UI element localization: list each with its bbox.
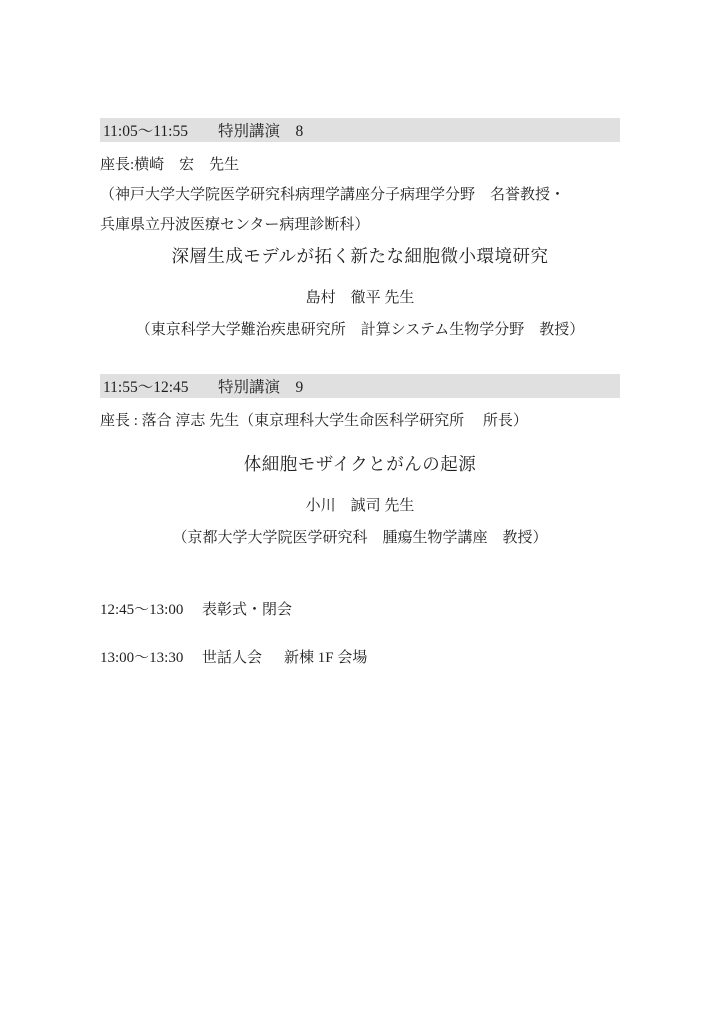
- speaker-affiliation: （京都大学大学院医学研究科 腫瘍生物学講座 教授）: [100, 526, 620, 550]
- schedule-time: 13:00～13:30: [100, 648, 202, 668]
- schedule-time: 12:45～13:00: [100, 600, 202, 620]
- chair-affiliation-line: （神戸大学大学院医学研究科病理学講座分子病理学分野 名誉教授・: [100, 180, 620, 210]
- schedule-row-closing: 12:45～13:00表彰式・閉会: [100, 600, 620, 620]
- session-block-9: 11:55～12:45 特別講演 9 座長 : 落合 淳志 先生（東京理科大学生…: [100, 374, 620, 550]
- chair-affiliation-line: 兵庫県立丹波医療センター病理診断科）: [100, 210, 620, 240]
- schedule-row-meeting: 13:00～13:30世話人会新棟 1F 会場: [100, 648, 620, 668]
- schedule-label: 表彰式・閉会: [202, 602, 292, 618]
- session-type-label: 特別講演 9: [218, 375, 303, 397]
- session-header-8: 11:05～11:55 特別講演 8: [100, 118, 620, 142]
- program-page: 11:05～11:55 特別講演 8 座長:横崎 宏 先生 （神戸大学大学院医学…: [0, 0, 724, 1024]
- session-time: 11:55～12:45: [103, 375, 218, 397]
- session-type-label: 特別講演 8: [218, 119, 303, 141]
- schedule-label: 世話人会: [202, 650, 262, 666]
- speaker-name: 小川 誠司 先生: [100, 494, 620, 518]
- lecture-title: 深層生成モデルが拓く新たな細胞微小環境研究: [100, 244, 620, 268]
- session-block-8: 11:05～11:55 特別講演 8 座長:横崎 宏 先生 （神戸大学大学院医学…: [100, 118, 620, 342]
- chair-name-line: 座長 : 落合 淳志 先生（東京理科大学生命医科学研究所 所長）: [100, 406, 620, 436]
- speaker-name: 島村 徹平 先生: [100, 286, 620, 310]
- schedule-location: 新棟 1F 会場: [284, 650, 367, 666]
- chair-info-9: 座長 : 落合 淳志 先生（東京理科大学生命医科学研究所 所長）: [100, 406, 620, 436]
- program-content: 11:05～11:55 特別講演 8 座長:横崎 宏 先生 （神戸大学大学院医学…: [100, 0, 620, 668]
- speaker-affiliation: （東京科学大学難治疾患研究所 計算システム生物学分野 教授）: [100, 318, 620, 342]
- chair-info-8: 座長:横崎 宏 先生 （神戸大学大学院医学研究科病理学講座分子病理学分野 名誉教…: [100, 150, 620, 240]
- session-time: 11:05～11:55: [103, 119, 218, 141]
- session-header-9: 11:55～12:45 特別講演 9: [100, 374, 620, 398]
- chair-name-line: 座長:横崎 宏 先生: [100, 150, 620, 180]
- lecture-title: 体細胞モザイクとがんの起源: [100, 452, 620, 476]
